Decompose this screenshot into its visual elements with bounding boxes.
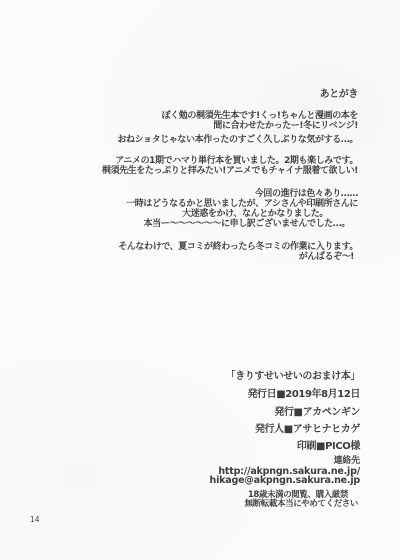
afterword-heading: あとがき: [320, 90, 358, 100]
notices-block: 18歳未満の閲覧、購入厳禁 無断転載本当にやめてください: [245, 491, 358, 508]
contact-email: hikage@akpngn.sakura.ne.jp: [210, 476, 360, 486]
colophon-title: 「きりすせいせいのおまけ本」: [226, 371, 360, 382]
text-line: ぼく勉の桐須先生本です!くっ!ちゃんと漫画の本を: [162, 111, 358, 121]
afterword-paragraph-4: 今回の進行は色々あり…… 一時はどうなるかと思いましたが、アシさんや印刷所さんに…: [126, 189, 358, 229]
afterword-paragraph-1: ぼく勉の桐須先生本です!くっ!ちゃんと漫画の本を 間に合わせたかったー!冬にリベ…: [162, 111, 358, 131]
afterword-paragraph-2: おねショタじゃない本作ったのすごく久しぶりな気がする…。: [117, 135, 358, 145]
colophon-author: 発行人■アサヒナヒカゲ: [255, 424, 360, 435]
text-line: 本当ー〜〜〜〜〜〜に申し訳ございませんでした…。: [126, 219, 350, 229]
text-line: 一時はどうなるかと思いましたが、アシさんや印刷所さんに: [126, 199, 358, 209]
text-line: 間に合わせたかったー!冬にリベンジ!: [162, 121, 358, 131]
text-line: おねショタじゃない本作ったのすごく久しぶりな気がする…。: [117, 135, 358, 145]
text-line: がんばるぞ〜!: [118, 252, 354, 262]
afterword-paragraph-3: アニメの1期でハマり単行本を買いました。2期も楽しみです。 桐須先生をたっぷりと…: [102, 156, 358, 176]
scanned-afterword-page: あとがき ぼく勉の桐須先生本です!くっ!ちゃんと漫画の本を 間に合わせたかったー…: [0, 0, 400, 560]
text-line: 大迷惑をかけ、なんとかなりました。: [126, 209, 328, 219]
text-line: そんなわけで、夏コミが終わったら冬コミの作業に入ります。: [118, 242, 358, 252]
page-number: 14: [30, 515, 40, 524]
colophon-publish-date: 発行日■2019年8月12日: [247, 389, 360, 400]
colophon-publisher: 発行■アカペンギン: [274, 407, 360, 418]
text-line: 桐須先生をたっぷりと拝みたい!アニメでもチャイナ服着て欲しい!: [102, 166, 358, 176]
no-reproduction-notice: 無断転載本当にやめてください: [245, 500, 358, 509]
text-line: 今回の進行は色々あり……: [126, 189, 358, 199]
afterword-paragraph-5: そんなわけで、夏コミが終わったら冬コミの作業に入ります。 がんばるぞ〜!: [118, 242, 358, 262]
text-line: アニメの1期でハマり単行本を買いました。2期も楽しみです。: [102, 156, 358, 166]
contact-block: 連絡先 http://akpngn.sakura.ne.jp/ hikage@a…: [210, 457, 360, 486]
colophon-printer: 印刷■PICO様: [297, 441, 360, 452]
